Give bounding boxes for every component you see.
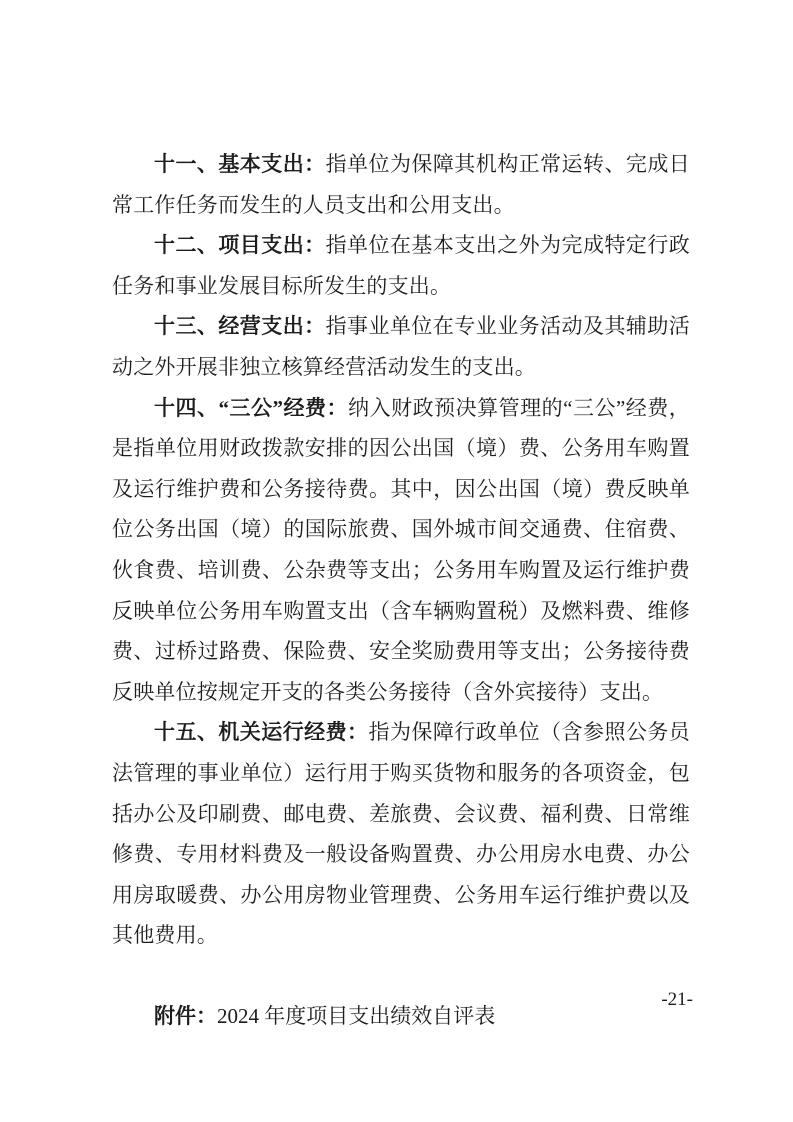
paragraph-lead: 十二、项目支出： [154, 233, 326, 257]
document-body: 十一、基本支出：指单位为保障其机构正常运转、完成日常工作任务而发生的人员支出和公… [112, 144, 690, 1057]
paragraph-item-13: 十三、经营支出：指事业单位在专业业务活动及其辅助活动之外开展非独立核算经营活动发… [112, 306, 690, 387]
attachment-line: 附件：2024 年度项目支出绩效自评表 [112, 996, 690, 1037]
paragraph-lead: 十三、经营支出： [154, 314, 326, 338]
paragraph-lead: 十五、机关运行经费： [154, 720, 369, 744]
paragraph-item-15: 十五、机关运行经费：指为保障行政单位（含参照公务员法管理的事业单位）运行用于购买… [112, 712, 690, 956]
page-number: -21- [661, 988, 693, 1012]
paragraph-item-14: 十四、“三公”经费：纳入财政预决算管理的“三公”经费，是指单位用财政拨款安排的因… [112, 388, 690, 713]
attachment-title: 2024 年度项目支出绩效自评表 [217, 1004, 495, 1028]
attachment-label: 附件： [154, 1004, 217, 1028]
paragraph-text: 纳入财政预决算管理的“三公”经费，是指单位用财政拨款安排的因公出国（境）费、公务… [112, 396, 690, 704]
paragraph-item-11: 十一、基本支出：指单位为保障其机构正常运转、完成日常工作任务而发生的人员支出和公… [112, 144, 690, 225]
paragraph-lead: 十四、“三公”经费： [154, 396, 348, 420]
paragraph-item-12: 十二、项目支出：指单位在基本支出之外为完成特定行政任务和事业发展目标所发生的支出… [112, 225, 690, 306]
paragraph-lead: 十一、基本支出： [154, 152, 326, 176]
document-page: 十一、基本支出：指单位为保障其机构正常运转、完成日常工作任务而发生的人员支出和公… [0, 0, 793, 1122]
paragraph-text: 指为保障行政单位（含参照公务员法管理的事业单位）运行用于购买货物和服务的各项资金… [112, 720, 690, 947]
